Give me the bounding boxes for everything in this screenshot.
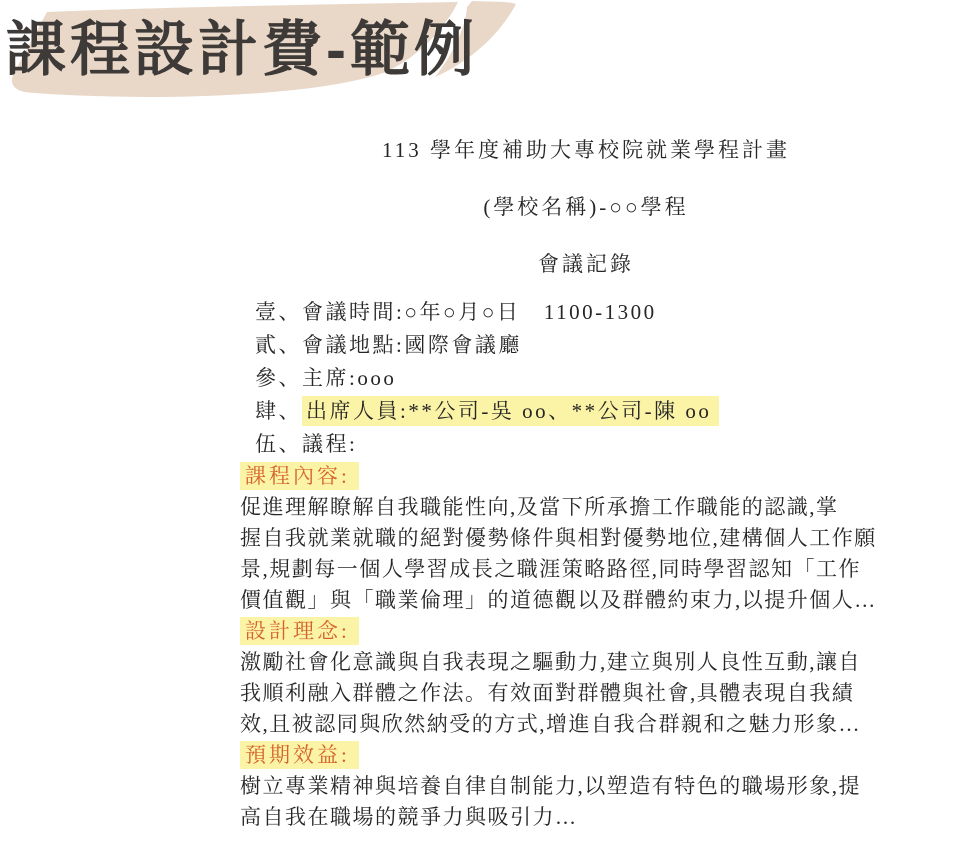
paragraph-line: 樹立專業精神與培養自律自制能力,以塑造有特色的職場形象,提 [240,771,932,802]
doc-heading-school: (學校名稱)-○○學程 [240,194,932,220]
section-header-design-concept: 設計理念: [240,617,359,645]
list-text: 會議地點:國際會議廳 [302,333,522,357]
meeting-info-list: 壹、會議時間:○年○月○日 1100-1300 貳、會議地點:國際會議廳 參、主… [240,296,932,461]
section-expected-benefits: 預期效益: 樹立專業精神與培養自律自制能力,以塑造有特色的職場形象,提 高自我在… [240,740,932,833]
paragraph-line: 價值觀」與「職業倫理」的道德觀以及群體約束力,以提升個人… [240,585,932,616]
section-design-concept: 設計理念: 激勵社會化意識與自我表現之驅動力,建立與別人良性互動,讓自 我順利融… [240,616,932,740]
section-header-expected-benefits: 預期效益: [240,741,359,769]
list-text: 主席:ooo [302,366,396,390]
list-prefix: 肆、 [255,399,302,423]
doc-heading-minutes: 會議記錄 [240,251,932,277]
paragraph-line: 握自我就業就職的絕對優勢條件與相對優勢地位,建構個人工作願 [240,523,932,554]
list-prefix: 伍、 [255,432,302,456]
doc-heading-program: 113 學年度補助大專校院就業學程計畫 [240,137,932,163]
list-prefix: 參、 [255,366,302,390]
list-item-agenda: 伍、議程: [255,428,932,461]
list-item-time: 壹、會議時間:○年○月○日 1100-1300 [255,296,932,329]
list-text: 會議時間:○年○月○日 1100-1300 [302,300,657,324]
page-title: 課程設計費-範例 [6,2,478,88]
list-item-chair: 參、主席:ooo [255,362,932,395]
section-header-course-content: 課程內容: [240,462,359,490]
paragraph-line: 高自我在職場的競爭力與吸引力… [240,802,932,833]
list-text: 議程: [302,432,357,456]
paragraph-line: 我順利融入群體之作法。有效面對群體與社會,具體表現自我績 [240,678,932,709]
paragraph-line: 效,且被認同與欣然納受的方式,增進自我合群親和之魅力形象… [240,709,932,740]
section-course-content: 課程內容: 促進理解瞭解自我職能性向,及當下所承擔工作職能的認識,掌 握自我就業… [240,461,932,616]
list-text-highlighted: 出席人員:**公司-吳 oo、**公司-陳 oo [302,396,719,426]
list-prefix: 壹、 [255,300,302,324]
slide-canvas: 課程設計費-範例 113 學年度補助大專校院就業學程計畫 (學校名稱)-○○學程… [0,0,953,844]
list-item-attendees: 肆、出席人員:**公司-吳 oo、**公司-陳 oo [255,395,932,428]
document-body: 113 學年度補助大專校院就業學程計畫 (學校名稱)-○○學程 會議記錄 壹、會… [240,137,932,833]
list-item-place: 貳、會議地點:國際會議廳 [255,329,932,362]
paragraph-line: 激勵社會化意識與自我表現之驅動力,建立與別人良性互動,讓自 [240,647,932,678]
paragraph-line: 促進理解瞭解自我職能性向,及當下所承擔工作職能的認識,掌 [240,492,932,523]
list-prefix: 貳、 [255,333,302,357]
paragraph-line: 景,規劃每一個人學習成長之職涯策略路徑,同時學習認知「工作 [240,554,932,585]
